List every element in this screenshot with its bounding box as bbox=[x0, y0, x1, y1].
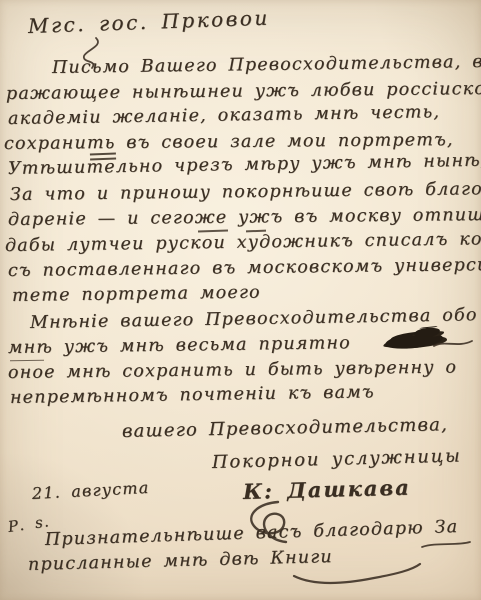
letter-line: оное мнѣ сохранить и быть увѣренну о bbox=[8, 358, 457, 383]
letter-line: академіи желаніе, оказать мнѣ честь, bbox=[8, 102, 440, 129]
letter-line: ражающее нынѣшнеи ужъ любви россіискои bbox=[6, 79, 481, 104]
closing-line: вашего Превосходительства, bbox=[122, 414, 448, 442]
letter-line: сохранить въ своеи зале мои портретъ, bbox=[4, 130, 454, 154]
salutation: Мгс. гос. Прковои bbox=[28, 6, 271, 38]
overline-onoe bbox=[10, 360, 44, 362]
underline-vuh bbox=[90, 153, 116, 161]
letter-line: дабы лутчеи рускои художникъ списалъ коп… bbox=[5, 229, 481, 256]
letter-line: мнѣ ужъ мнѣ весьма приятно bbox=[8, 333, 351, 358]
dash-flourish-stroke bbox=[420, 539, 472, 551]
letter-line: непремѣнномъ почтеніи къ вамъ bbox=[10, 382, 375, 408]
letter-line: Утѣшительно чрезъ мѣру ужъ мнѣ нынѣ; bbox=[8, 151, 481, 179]
letter-page: Мгс. гос. Прковои Письмо Вашего Превосхо… bbox=[0, 0, 481, 600]
strike-through-stroke bbox=[432, 336, 474, 352]
letter-line: За что и приношу покорнѣише своѣ благо- bbox=[10, 179, 481, 205]
letter-line: съ поставленнаго въ московскомъ универси… bbox=[8, 255, 481, 281]
postscript-line: присланные мнѣ двѣ Книги bbox=[28, 547, 333, 575]
letter-line: тете портрета моего bbox=[12, 283, 261, 306]
letter-line: Письмо Вашего Превосходительства, вы- bbox=[52, 52, 481, 78]
signoff-line: Покорнои услужницы bbox=[212, 445, 462, 473]
letter-line: Мнѣніе вашего Превосходительства обо bbox=[30, 305, 478, 333]
end-swash-stroke bbox=[290, 560, 425, 586]
date-line: 21. августа bbox=[32, 478, 150, 503]
letter-line: дареніе — и сегоже ужъ въ москву отпишу, bbox=[8, 205, 481, 230]
